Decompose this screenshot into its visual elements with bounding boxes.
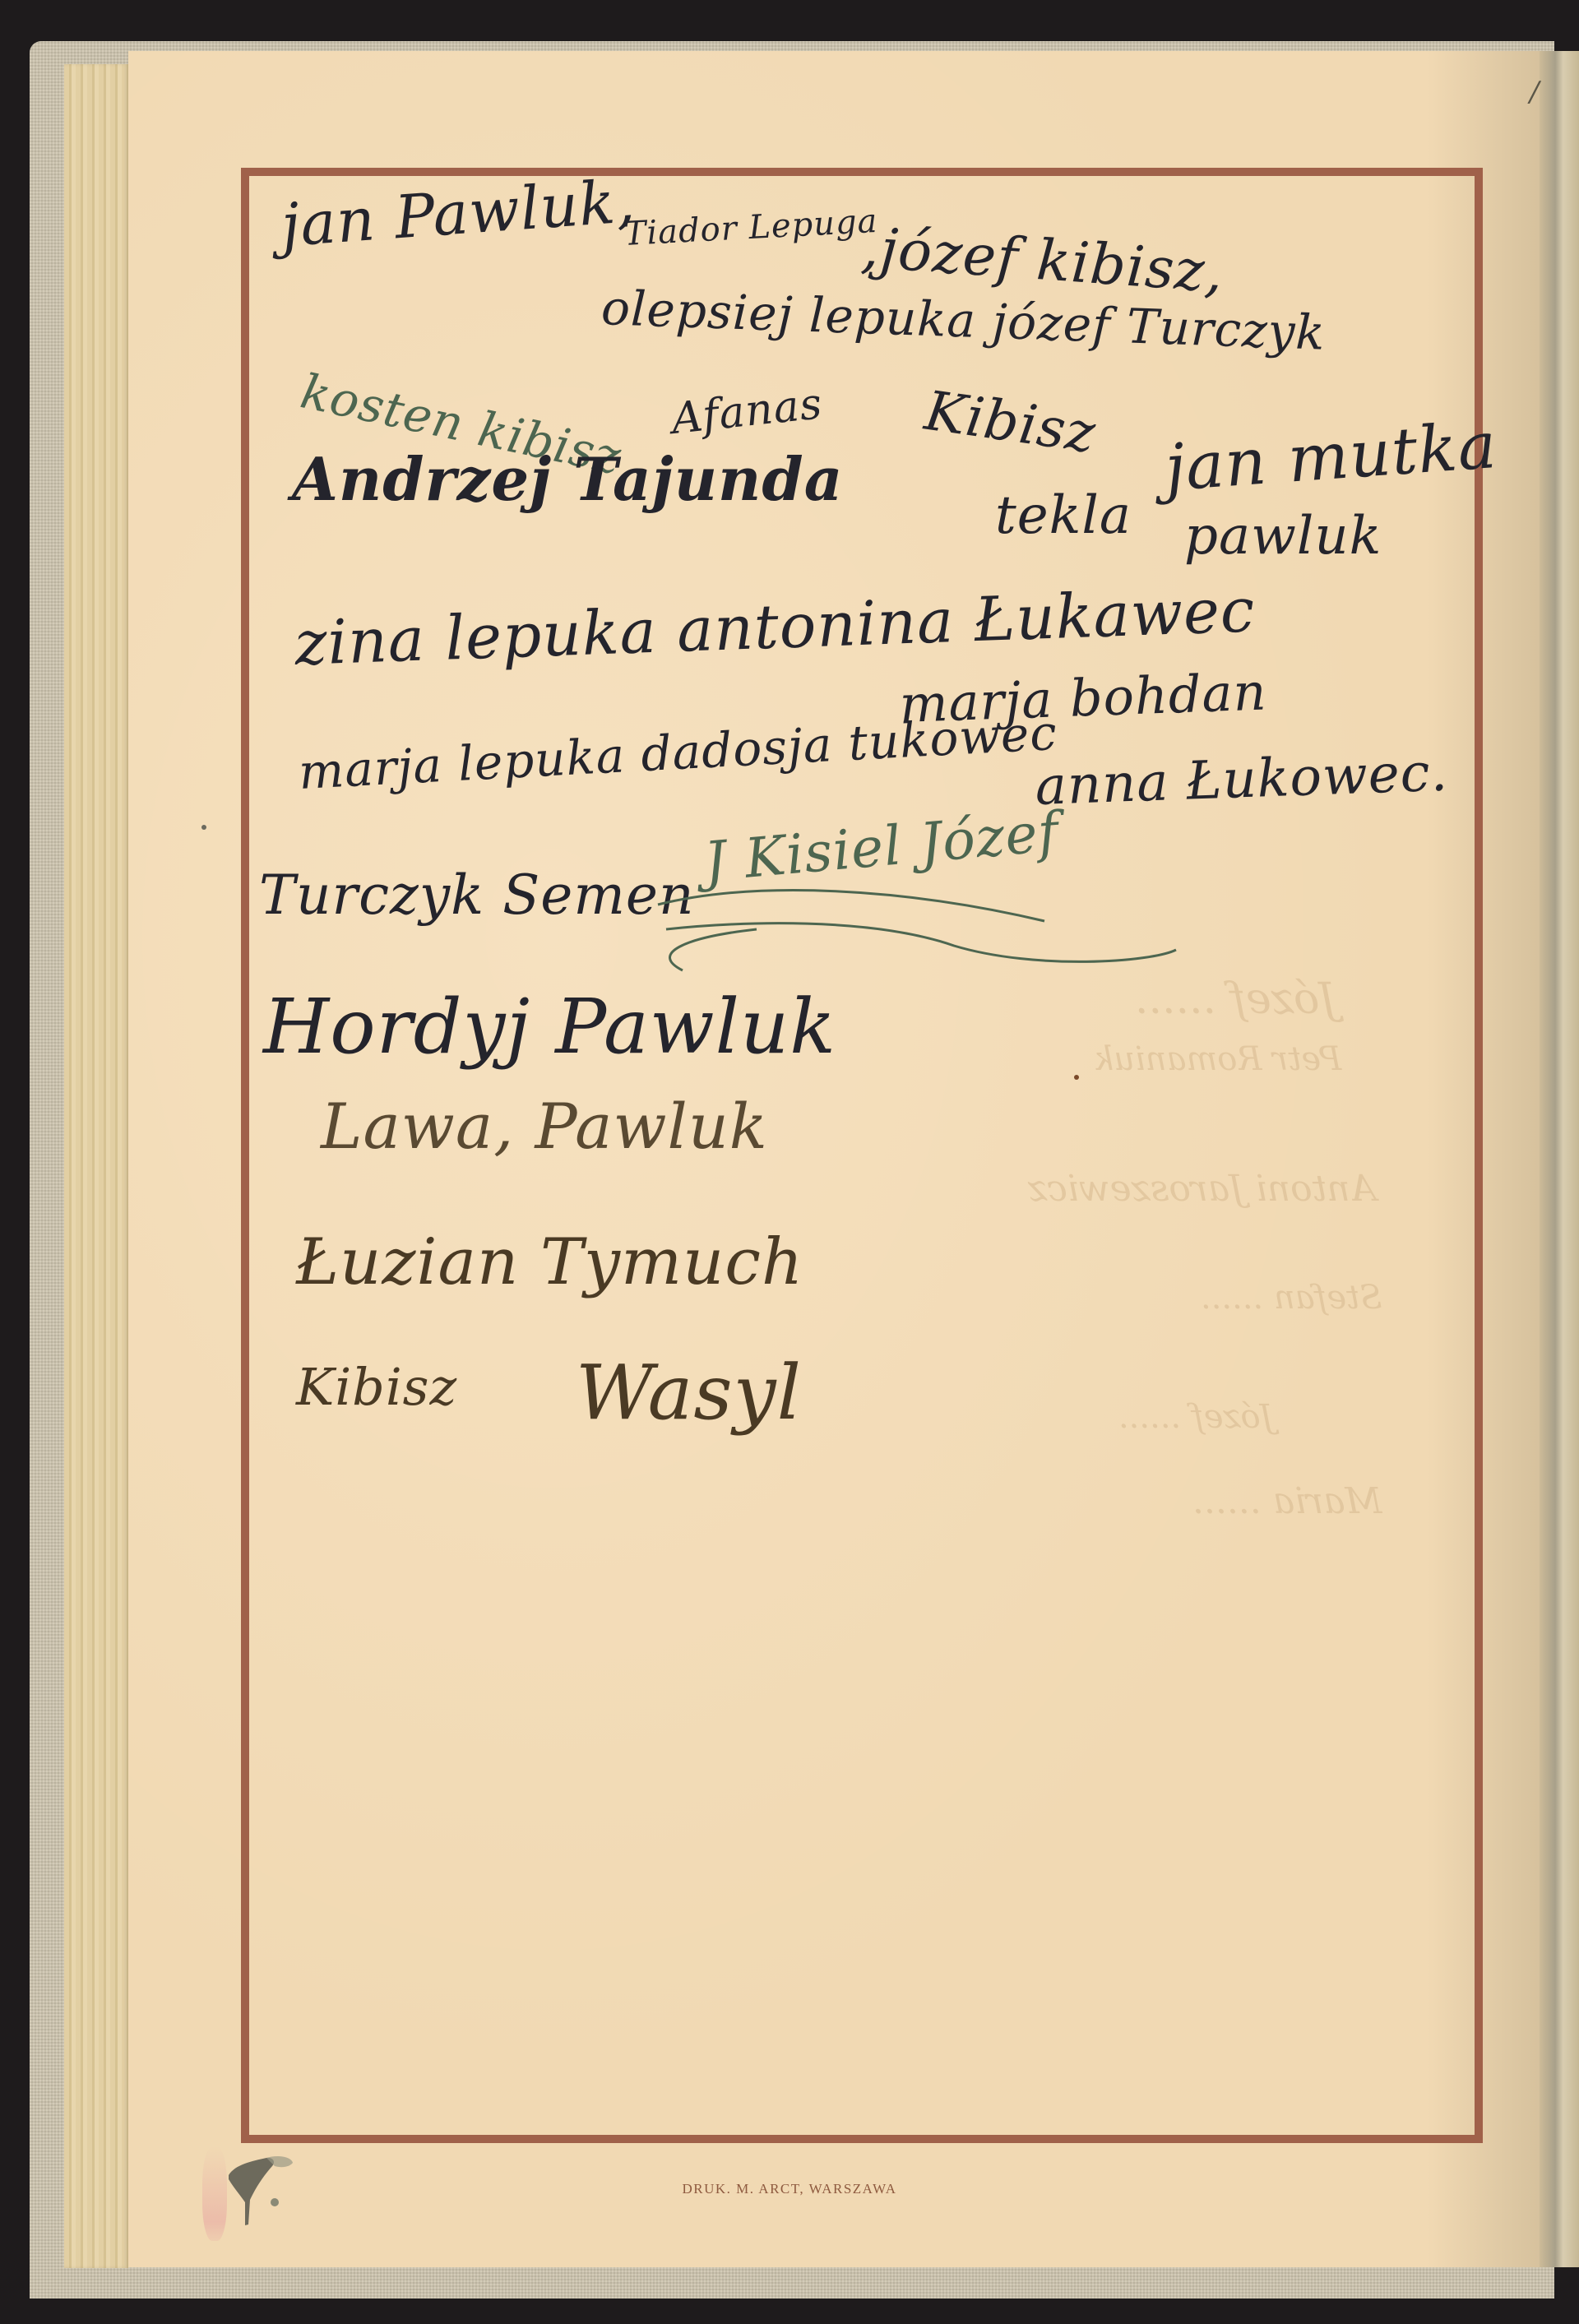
ink-dot xyxy=(1074,1075,1079,1080)
page-edges xyxy=(64,64,128,2268)
signature-kibisz-2: Kibisz xyxy=(296,1357,457,1417)
bleed-through-line: Petr Romaniuk xyxy=(1094,1040,1341,1078)
bleed-through-line: Antoni Jaroszewicz xyxy=(1028,1168,1376,1210)
signature-hordyj-pawluk: Hordyj Pawluk xyxy=(263,983,836,1071)
signature-luzian-tymuch: Łuzian Tymuch xyxy=(296,1225,803,1299)
margin-mark-top-right: / xyxy=(1530,76,1540,109)
signature-pawluk: pawluk xyxy=(1184,506,1382,567)
signature-andrzej-tajunda: Andrzej Tajunda xyxy=(292,444,843,514)
signature-wasyl: Wasyl xyxy=(576,1349,802,1437)
bleed-through-line: Józef ...... xyxy=(1118,1398,1274,1436)
printer-imprint: DRUK. M. ARCT, WARSZAWA xyxy=(0,2181,1579,2197)
signature-lawa-pawluk: Lawa, Pawluk xyxy=(321,1090,768,1163)
bleed-through-line: Maria ...... xyxy=(1192,1480,1382,1522)
bleed-through-line: Stefan ...... xyxy=(1201,1279,1382,1317)
ink-dot xyxy=(201,825,206,830)
book-gutter xyxy=(1540,51,1579,2267)
signature-flourish xyxy=(411,847,1201,995)
signature-tekla: tekla xyxy=(995,485,1132,546)
